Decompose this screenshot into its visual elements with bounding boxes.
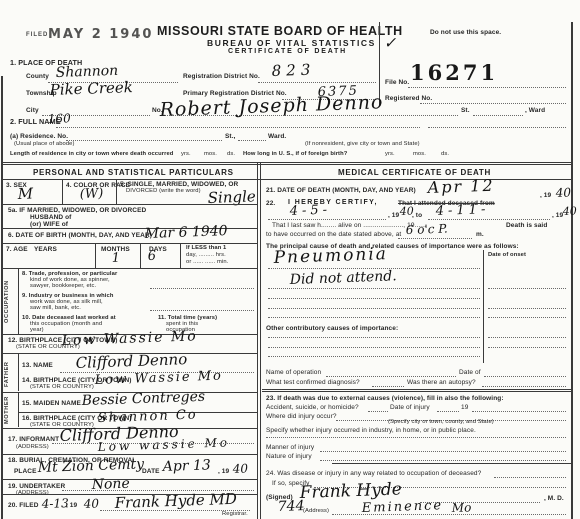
dotted-rule bbox=[398, 238, 472, 239]
dotted-rule bbox=[488, 317, 566, 318]
dotted-rule bbox=[56, 127, 420, 128]
ds2-label: ds. bbox=[441, 151, 449, 158]
burial-year-prefix: , 19 bbox=[218, 468, 229, 475]
sex-value-handwritten: M bbox=[17, 186, 33, 202]
rule bbox=[2, 454, 257, 455]
dotted-rule bbox=[326, 376, 456, 377]
rule bbox=[2, 268, 257, 269]
attended-from-value-handwritten: 4-5- bbox=[290, 204, 332, 218]
registration-district-value-handwritten: 823 bbox=[271, 62, 315, 79]
registrar-signature-handwritten: Frank Hyde MD bbox=[114, 492, 237, 511]
contributory-causes-label: Other contributory causes of importance: bbox=[266, 325, 398, 332]
cell-divider bbox=[116, 180, 117, 204]
how-long-us-label: How long in U. S., if of foreign birth? bbox=[243, 151, 347, 158]
dotted-rule bbox=[150, 288, 254, 289]
dotted-rule bbox=[268, 317, 480, 318]
mos-label: mos. bbox=[204, 151, 217, 158]
dotted-rule bbox=[268, 356, 480, 357]
injury-year-prefix: 19 bbox=[461, 404, 468, 411]
death-is-said-label: Death is said bbox=[506, 222, 547, 229]
dotted-rule bbox=[484, 376, 566, 377]
rule bbox=[262, 391, 571, 392]
date-of-onset-box-divider bbox=[483, 250, 484, 363]
nonresident-sublabel: (If nonresident, give city or town and S… bbox=[305, 141, 420, 148]
dotted-rule bbox=[437, 411, 459, 412]
address-label: (Address) bbox=[303, 508, 329, 515]
dotted-rule bbox=[268, 347, 480, 348]
trade-label-line3: sawyer, bookkeeper, etc. bbox=[30, 283, 96, 290]
dotted-rule bbox=[428, 127, 566, 128]
mother-side-label: MOTHER bbox=[4, 395, 10, 426]
dotted-rule bbox=[150, 310, 254, 311]
dotted-rule bbox=[472, 411, 566, 412]
from-year-prefix: , 19 bbox=[388, 212, 399, 219]
birthplace-value-handwritten: Low Wassie Mo bbox=[62, 329, 198, 348]
date-of-onset-label: Date of onset bbox=[488, 252, 526, 259]
certificate-subtitle: CERTIFICATE OF DEATH bbox=[228, 48, 347, 55]
if-less-line1: If LESS than 1 bbox=[186, 245, 226, 252]
physician-address-handwritten: Eminence bbox=[362, 499, 444, 515]
specify-city-sublabel: (Specify city or town, county, and State… bbox=[388, 419, 494, 426]
dotted-rule bbox=[268, 298, 480, 299]
registration-district-label: Registration District No. bbox=[183, 73, 260, 80]
rule bbox=[2, 204, 257, 205]
spouse-label: 5a. IF MARRIED, WIDOWED, OR DIVORCED bbox=[8, 207, 146, 214]
filed-date-value-handwritten: 4-13 bbox=[42, 497, 69, 510]
physician-signature-handwritten: Frank Hyde bbox=[299, 481, 402, 502]
dotted-rule bbox=[428, 219, 550, 220]
certificate-local-number-handwritten: 160 bbox=[48, 112, 71, 125]
dotted-rule bbox=[368, 411, 388, 412]
filed-year-value-handwritten: 40 bbox=[84, 497, 100, 510]
father-birthplace-sublabel: (STATE OR COUNTRY) bbox=[30, 384, 94, 391]
did-not-attend-handwritten: Did not attend. bbox=[290, 269, 397, 287]
age-label: 7. AGE bbox=[6, 246, 28, 253]
cell-divider bbox=[18, 354, 19, 391]
age-months-value-handwritten: 1 bbox=[112, 252, 121, 265]
physician-address-state-handwritten: Mo bbox=[452, 501, 472, 514]
date-of-injury-label: Date of injury bbox=[390, 404, 430, 411]
date-of-birth-value-handwritten: Mar 6 1940 bbox=[145, 224, 228, 241]
residence-ward-label: Ward. bbox=[268, 133, 286, 140]
dotted-rule bbox=[408, 87, 566, 88]
date-of-death-year-value-handwritten: 40 bbox=[556, 186, 572, 199]
father-side-label: FATHER bbox=[4, 357, 10, 391]
autopsy-label: Was there an autopsy? bbox=[407, 379, 476, 386]
mother-maiden-name-value-handwritten: Bessie Contreges bbox=[82, 390, 206, 408]
burial-date-value-handwritten: Apr 13 bbox=[163, 458, 211, 474]
filed-year-prefix: , 19 bbox=[66, 502, 77, 509]
attended-from-year-handwritten: 40 bbox=[400, 206, 414, 217]
if-less-line3: or ...... ...... min. bbox=[186, 259, 228, 266]
burial-year-value-handwritten: 40 bbox=[233, 462, 249, 475]
dotted-rule bbox=[268, 337, 480, 338]
occurred-m-label: m. bbox=[476, 231, 484, 238]
filed-stamp-word: FILED bbox=[26, 32, 48, 38]
dotted-rule bbox=[268, 219, 386, 220]
file-no-label: File No. bbox=[385, 79, 409, 86]
county-value-handwritten: Shannon bbox=[56, 64, 119, 80]
cause-of-death-value-handwritten: Pneumonia bbox=[273, 246, 388, 267]
length-of-residence-label: Length of residence in city or town wher… bbox=[10, 151, 173, 158]
dotted-rule bbox=[66, 140, 222, 141]
date-of-death-label: 21. DATE OF DEATH (MONTH, DAY, AND YEAR) bbox=[266, 187, 416, 194]
right-edge-rule bbox=[571, 22, 573, 519]
to-year-prefix: , 19 bbox=[552, 212, 563, 219]
dotted-rule bbox=[488, 347, 566, 348]
yrs-label: yrs. bbox=[181, 151, 191, 158]
dotted-rule bbox=[482, 386, 566, 387]
manner-of-injury-label: Manner of injury bbox=[266, 444, 314, 451]
test-confirmed-label: What test confirmed diagnosis? bbox=[266, 379, 360, 386]
industry-label-line3: saw mill, bank, etc. bbox=[30, 305, 81, 312]
city-label: City bbox=[26, 107, 39, 114]
do-not-use-label: Do not use this space. bbox=[430, 29, 501, 36]
dotted-rule bbox=[332, 514, 566, 515]
dotted-rule bbox=[266, 437, 566, 438]
dotted-rule bbox=[420, 103, 566, 104]
father-name-value-handwritten: Clifford Denno bbox=[75, 352, 187, 371]
color-race-value-handwritten: (W) bbox=[80, 187, 104, 201]
if-less-line2: day, ......... hrs. bbox=[186, 252, 226, 259]
residence-label: (a) Residence. No. bbox=[10, 133, 68, 140]
dotted-rule bbox=[268, 308, 480, 309]
registrar-label: Registrar. bbox=[222, 511, 248, 518]
mother-maiden-name-label: 15. MAIDEN NAME bbox=[22, 400, 81, 407]
city-ward-label: , Ward bbox=[525, 107, 545, 114]
attended-to-year-handwritten: 40 bbox=[563, 206, 577, 217]
dotted-rule bbox=[320, 460, 566, 461]
dotted-rule bbox=[268, 288, 480, 289]
rule bbox=[2, 162, 571, 163]
dotted-rule bbox=[473, 115, 523, 116]
age-years-label: YEARS bbox=[34, 246, 57, 253]
burial-place-value-handwritten: Mt Zion Cemty bbox=[38, 457, 145, 475]
nature-of-injury-label: Nature of injury bbox=[266, 453, 312, 460]
father-name-label: 13. NAME bbox=[22, 362, 53, 369]
rule bbox=[332, 463, 571, 464]
date-of-death-value-handwritten: Apr 12 bbox=[427, 178, 494, 196]
age-days-value-handwritten: 6 bbox=[148, 250, 157, 263]
county-label: County bbox=[26, 73, 49, 80]
page-title: MISSOURI STATE BOARD OF HEALTH bbox=[157, 24, 403, 38]
dotted-rule bbox=[488, 337, 566, 338]
attended-to-value-handwritten: 4-11- bbox=[436, 203, 490, 218]
where-injury-label: Where did injury occur? bbox=[266, 413, 337, 420]
marital-label-line2: DIVORCED (write the word) bbox=[126, 188, 201, 195]
informant-address-value-handwritten: Low wassie Mo bbox=[98, 436, 231, 453]
township-value-handwritten: Pike Creek bbox=[49, 80, 133, 98]
cell-divider bbox=[140, 244, 141, 268]
residence-st-label: St., bbox=[225, 133, 236, 140]
cell-divider bbox=[62, 180, 63, 204]
external-causes-label: 23. If death was due to external causes … bbox=[266, 395, 504, 402]
cell-divider bbox=[180, 244, 181, 268]
last-worked-label-line3: year) bbox=[30, 327, 44, 334]
filed-stamp-date: MAY 2 1940 bbox=[48, 27, 153, 42]
certificate-number: 16271 bbox=[410, 60, 498, 85]
registrar-district-number-handwritten: 744 bbox=[278, 499, 305, 514]
dotted-rule bbox=[488, 308, 566, 309]
burial-place-label: PLACE bbox=[14, 468, 37, 475]
dotted-rule bbox=[494, 477, 566, 478]
mos2-label: mos. bbox=[413, 151, 426, 158]
death-certificate-scan: FILED MAY 2 1940 MISSOURI STATE BOARD OF… bbox=[0, 0, 580, 519]
dotted-rule bbox=[488, 288, 566, 289]
burial-date-label: DATE bbox=[142, 468, 160, 475]
last-saw-alive-label: That I last saw h........ alive on .....… bbox=[272, 222, 426, 229]
md-label: , M. D. bbox=[544, 495, 564, 502]
column-divider bbox=[260, 163, 261, 519]
dotted-rule bbox=[320, 451, 566, 452]
bureau-subtitle: BUREAU OF VITAL STATISTICS bbox=[207, 38, 376, 48]
date-of-death-year-prefix: , 19 bbox=[540, 192, 551, 199]
accident-suicide-label: Accident, suicide, or homicide? bbox=[266, 404, 359, 411]
ds-label: ds. bbox=[227, 151, 235, 158]
rule bbox=[262, 389, 571, 390]
left-edge-rule bbox=[1, 76, 3, 519]
column-divider bbox=[257, 163, 258, 519]
rule bbox=[2, 243, 257, 244]
cell-divider bbox=[95, 244, 96, 268]
informant-address-label: (ADDRESS) bbox=[16, 444, 49, 451]
occupation-side-label: OCCUPATION bbox=[4, 272, 10, 332]
father-birthplace-value-handwritten: Low Wassie Mo bbox=[95, 370, 224, 387]
cell-divider bbox=[18, 269, 19, 334]
name-of-operation-label: Name of operation bbox=[266, 369, 321, 376]
operation-date-label: Date of bbox=[459, 369, 481, 376]
related-to-occupation-label: 24. Was disease or injury in any way rel… bbox=[266, 470, 481, 477]
dotted-rule bbox=[52, 443, 254, 444]
occurred-at-label: to have occurred on the date stated abov… bbox=[266, 231, 401, 238]
item-22-number: 22. bbox=[266, 200, 275, 207]
dotted-rule bbox=[238, 140, 266, 141]
handwritten-checkmark: ✓ bbox=[383, 36, 396, 51]
dotted-rule bbox=[372, 386, 404, 387]
specify-whether-label: Specify whether injury occurred in indus… bbox=[266, 427, 476, 434]
date-of-birth-label: 6. DATE OF BIRTH (MONTH, DAY, AND YEAR) bbox=[8, 232, 152, 239]
yrs2-label: yrs. bbox=[385, 151, 395, 158]
city-st-label: St. bbox=[461, 107, 470, 114]
personal-column-header: PERSONAL AND STATISTICAL PARTICULARS bbox=[33, 168, 234, 177]
filed-label: 20. FILED bbox=[8, 502, 39, 509]
time-of-death-value-handwritten: 6 o'c P. bbox=[406, 223, 448, 236]
registered-no-label: Registered No. bbox=[385, 95, 432, 102]
rule bbox=[2, 164, 571, 165]
usual-abode-sublabel: (Usual place of abode) bbox=[14, 141, 75, 148]
cell-divider bbox=[18, 392, 19, 427]
